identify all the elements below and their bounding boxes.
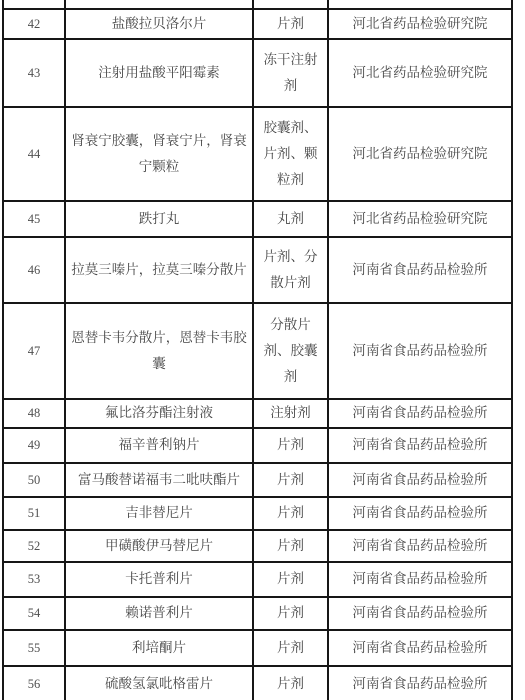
dosage-form-cell: 片剂 <box>253 597 328 630</box>
row-number-cell: 45 <box>3 201 65 237</box>
drug-name-cell: 利培酮片 <box>65 630 253 666</box>
row-number-cell: 56 <box>3 666 65 700</box>
dosage-form-cell: 片剂 <box>253 666 328 700</box>
dosage-form-cell: 片剂 <box>253 428 328 463</box>
drug-name-cell: 卡托普利片 <box>65 562 253 597</box>
table-row: 56硫酸氢氯吡格雷片片剂河南省食品药品检验所 <box>3 666 512 700</box>
row-number-cell: 50 <box>3 463 65 497</box>
row-number-cell: 44 <box>3 107 65 201</box>
institution-cell: 河南省食品药品检验所 <box>328 399 512 428</box>
table-row: 45跌打丸丸剂河北省药品检验研究院 <box>3 201 512 237</box>
dosage-form-cell: 片剂 <box>253 630 328 666</box>
row-number-cell: 49 <box>3 428 65 463</box>
table-body: 42盐酸拉贝洛尔片片剂河北省药品检验研究院43注射用盐酸平阳霉素冻干注射剂河北省… <box>3 0 512 700</box>
table-row: 47恩替卡韦分散片，恩替卡韦胶囊分散片剂、胶囊剂河南省食品药品检验所 <box>3 303 512 399</box>
table-row: 52甲磺酸伊马替尼片片剂河南省食品药品检验所 <box>3 530 512 562</box>
institution-cell: 河北省药品检验研究院 <box>328 107 512 201</box>
drug-name-cell: 赖诺普利片 <box>65 597 253 630</box>
institution-cell: 河南省食品药品检验所 <box>328 428 512 463</box>
table-row: 46拉莫三嗪片，拉莫三嗪分散片片剂、分散片剂河南省食品药品检验所 <box>3 237 512 303</box>
drug-name-cell: 吉非替尼片 <box>65 497 253 530</box>
drug-name-cell: 氟比洛芬酯注射液 <box>65 399 253 428</box>
drug-name-cell: 肾衰宁胶囊，肾衰宁片，肾衰宁颗粒 <box>65 107 253 201</box>
row-number-cell: 43 <box>3 39 65 107</box>
drug-name-cell: 硫酸氢氯吡格雷片 <box>65 666 253 700</box>
institution-cell: 河南省食品药品检验所 <box>328 630 512 666</box>
table-row: 43注射用盐酸平阳霉素冻干注射剂河北省药品检验研究院 <box>3 39 512 107</box>
table-row: 55利培酮片片剂河南省食品药品检验所 <box>3 630 512 666</box>
dosage-form-cell: 分散片剂、胶囊剂 <box>253 303 328 399</box>
dosage-form-cell: 注射剂 <box>253 399 328 428</box>
row-number-cell: 51 <box>3 497 65 530</box>
row-number-cell: 46 <box>3 237 65 303</box>
institution-cell: 河南省食品药品检验所 <box>328 666 512 700</box>
drug-name-cell: 注射用盐酸平阳霉素 <box>65 39 253 107</box>
dosage-form-cell: 片剂 <box>253 9 328 39</box>
row-number-cell: 42 <box>3 9 65 39</box>
dosage-form-cell: 片剂 <box>253 497 328 530</box>
dosage-form-cell: 片剂 <box>253 530 328 562</box>
institution-cell <box>328 0 512 9</box>
document-page: 42盐酸拉贝洛尔片片剂河北省药品检验研究院43注射用盐酸平阳霉素冻干注射剂河北省… <box>0 0 525 700</box>
drug-name-cell: 福辛普利钠片 <box>65 428 253 463</box>
drug-name-cell <box>65 0 253 9</box>
drug-name-cell: 甲磺酸伊马替尼片 <box>65 530 253 562</box>
drug-name-cell: 盐酸拉贝洛尔片 <box>65 9 253 39</box>
table-row: 49福辛普利钠片片剂河南省食品药品检验所 <box>3 428 512 463</box>
table-row: 54赖诺普利片片剂河南省食品药品检验所 <box>3 597 512 630</box>
drug-name-cell: 恩替卡韦分散片，恩替卡韦胶囊 <box>65 303 253 399</box>
institution-cell: 河南省食品药品检验所 <box>328 530 512 562</box>
dosage-form-cell: 片剂、分散片剂 <box>253 237 328 303</box>
dosage-form-cell: 冻干注射剂 <box>253 39 328 107</box>
row-number-cell: 53 <box>3 562 65 597</box>
drug-inspection-table: 42盐酸拉贝洛尔片片剂河北省药品检验研究院43注射用盐酸平阳霉素冻干注射剂河北省… <box>2 0 513 700</box>
dosage-form-cell: 丸剂 <box>253 201 328 237</box>
table-row: 44肾衰宁胶囊，肾衰宁片，肾衰宁颗粒胶囊剂、片剂、颗粒剂河北省药品检验研究院 <box>3 107 512 201</box>
table-row: 53卡托普利片片剂河南省食品药品检验所 <box>3 562 512 597</box>
table-row: 42盐酸拉贝洛尔片片剂河北省药品检验研究院 <box>3 9 512 39</box>
row-number-cell: 54 <box>3 597 65 630</box>
institution-cell: 河北省药品检验研究院 <box>328 201 512 237</box>
table-row: 51吉非替尼片片剂河南省食品药品检验所 <box>3 497 512 530</box>
drug-name-cell: 拉莫三嗪片，拉莫三嗪分散片 <box>65 237 253 303</box>
row-number-cell <box>3 0 65 9</box>
institution-cell: 河北省药品检验研究院 <box>328 39 512 107</box>
table-row: 50富马酸替诺福韦二吡呋酯片片剂河南省食品药品检验所 <box>3 463 512 497</box>
table-row: 48氟比洛芬酯注射液注射剂河南省食品药品检验所 <box>3 399 512 428</box>
institution-cell: 河南省食品药品检验所 <box>328 562 512 597</box>
row-number-cell: 55 <box>3 630 65 666</box>
table-row-partial <box>3 0 512 9</box>
row-number-cell: 48 <box>3 399 65 428</box>
dosage-form-cell: 片剂 <box>253 562 328 597</box>
drug-name-cell: 富马酸替诺福韦二吡呋酯片 <box>65 463 253 497</box>
dosage-form-cell <box>253 0 328 9</box>
institution-cell: 河南省食品药品检验所 <box>328 463 512 497</box>
row-number-cell: 47 <box>3 303 65 399</box>
institution-cell: 河南省食品药品检验所 <box>328 237 512 303</box>
institution-cell: 河南省食品药品检验所 <box>328 597 512 630</box>
institution-cell: 河北省药品检验研究院 <box>328 9 512 39</box>
dosage-form-cell: 片剂 <box>253 463 328 497</box>
institution-cell: 河南省食品药品检验所 <box>328 303 512 399</box>
dosage-form-cell: 胶囊剂、片剂、颗粒剂 <box>253 107 328 201</box>
drug-name-cell: 跌打丸 <box>65 201 253 237</box>
institution-cell: 河南省食品药品检验所 <box>328 497 512 530</box>
row-number-cell: 52 <box>3 530 65 562</box>
